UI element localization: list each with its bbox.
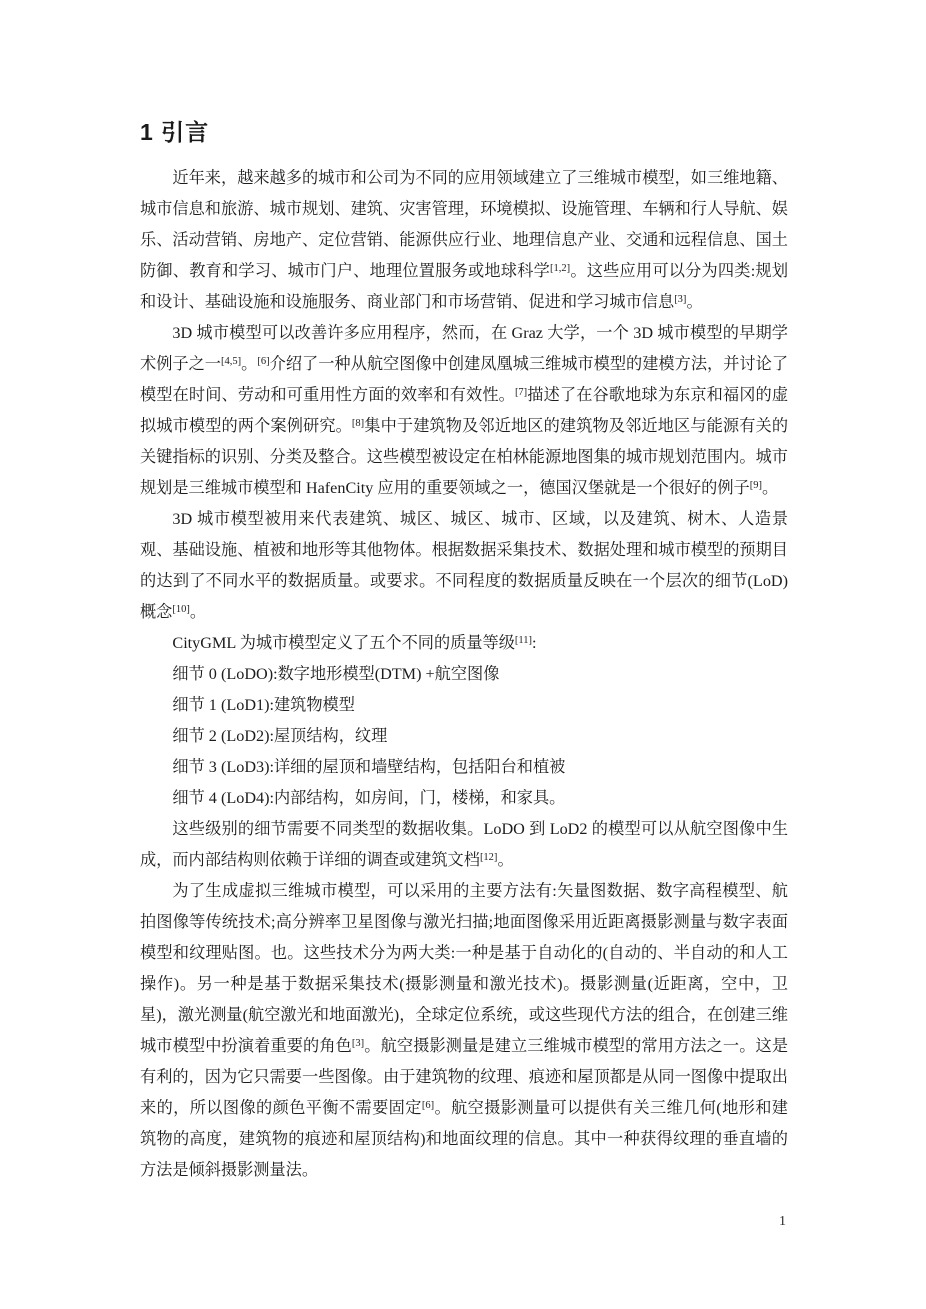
text-run: : [532,634,537,652]
text-run: 。 [497,851,513,869]
text-run: 。 [241,355,257,373]
lod-item-1: 细节 1 (LoD1):建筑物模型 [140,690,788,721]
lod-item-3: 细节 3 (LoD3):详细的屋顶和墙壁结构，包括阳台和植被 [140,752,788,783]
paragraph-applications: 近年来，越来越多的城市和公司为不同的应用领域建立了三维城市模型，如三维地籍、城市… [140,163,788,318]
citation-ref: [10] [172,604,190,615]
citation-ref: [1,2] [550,263,570,274]
paragraph-citygml-intro: CityGML 为城市模型定义了五个不同的质量等级[11]: [140,628,788,659]
paragraph-related-work: 3D 城市模型可以改善许多应用程序，然而，在 Graz 大学，一个 3D 城市模… [140,318,788,504]
lod-item-2: 细节 2 (LoD2):屋顶结构，纹理 [140,721,788,752]
text-run: 为了生成虚拟三维城市模型，可以采用的主要方法有:矢量图数据、数字高程模型、航拍图… [140,882,788,1055]
citation-ref: [7] [515,387,527,398]
paragraph-model-objects: 3D 城市模型被用来代表建筑、城区、城区、城市、区域，以及建筑、树木、人造景观、… [140,504,788,628]
text-run: 细节 3 (LoD3):详细的屋顶和墙壁结构，包括阳台和植被 [172,758,565,776]
lod-item-4: 细节 4 (LoD4):内部结构，如房间，门，楼梯，和家具。 [140,783,788,814]
document-page: 1 引言 近年来，越来越多的城市和公司为不同的应用领域建立了三维城市模型，如三维… [0,0,926,1309]
body-paragraphs: 近年来，越来越多的城市和公司为不同的应用领域建立了三维城市模型，如三维地籍、城市… [140,163,788,1186]
text-run: 细节 1 (LoD1):建筑物模型 [172,696,355,714]
paragraph-data-collection: 这些级别的细节需要不同类型的数据收集。LoDO 到 LoD2 的模型可以从航空图… [140,814,788,876]
citation-ref: [12] [480,852,498,863]
text-run: 。 [762,479,778,497]
text-run: 细节 2 (LoD2):屋顶结构，纹理 [172,727,387,745]
text-run: CityGML 为城市模型定义了五个不同的质量等级 [172,634,515,652]
text-run: 细节 4 (LoD4):内部结构，如房间，门，楼梯，和家具。 [172,789,565,807]
citation-ref: [6] [422,1100,434,1111]
page-number: 1 [779,1212,786,1232]
citation-ref: [4,5] [221,356,241,367]
citation-ref: [11] [515,635,532,646]
section-heading: 1 引言 [140,116,788,148]
citation-ref: [3] [352,1038,364,1049]
text-run: 。 [190,603,206,621]
citation-ref: [8] [352,418,364,429]
citation-ref: [6] [257,356,269,367]
lod-item-0: 细节 0 (LoDO):数字地形模型(DTM) +航空图像 [140,659,788,690]
text-run: 这些级别的细节需要不同类型的数据收集。LoDO 到 LoD2 的模型可以从航空图… [140,820,788,869]
text-run: 3D 城市模型被用来代表建筑、城区、城区、城市、区域，以及建筑、树木、人造景观、… [140,510,788,621]
citation-ref: [9] [750,480,762,491]
text-run: 细节 0 (LoDO):数字地形模型(DTM) +航空图像 [172,665,499,683]
text-run: 。 [686,293,702,311]
paragraph-generation-methods: 为了生成虚拟三维城市模型，可以采用的主要方法有:矢量图数据、数字高程模型、航拍图… [140,876,788,1186]
citation-ref: [3] [674,294,686,305]
